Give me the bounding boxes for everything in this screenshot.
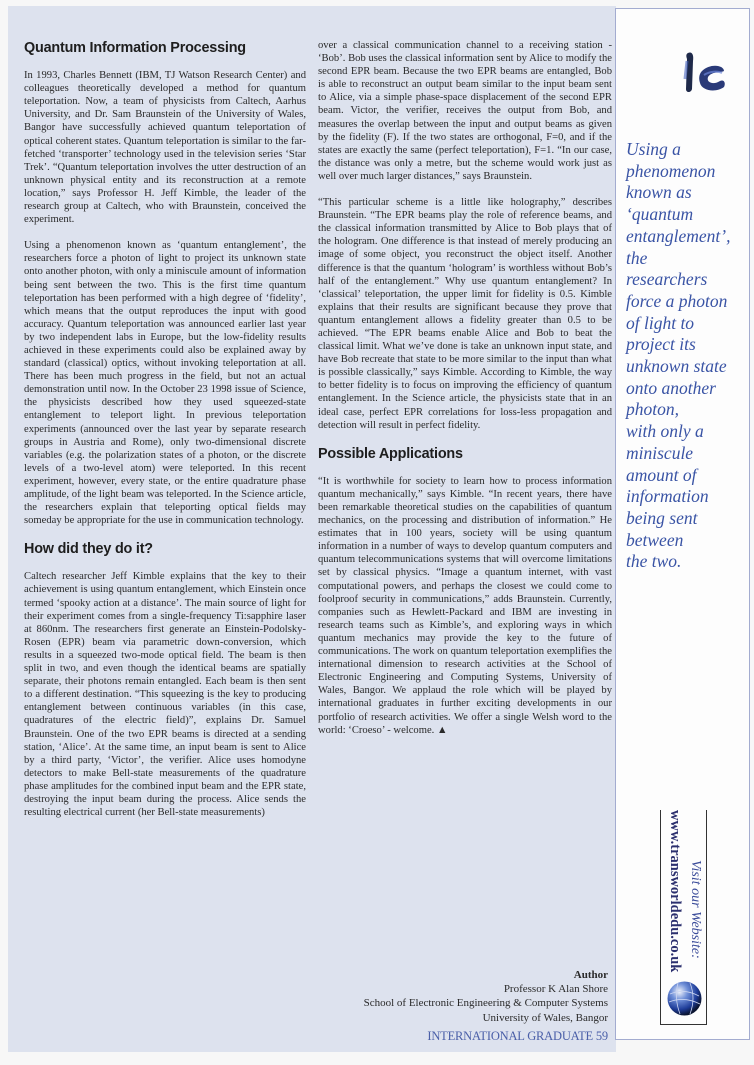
pullquote: Using a phenomenon known as ‘quantum ent…: [626, 139, 748, 573]
pullquote-line: between: [626, 530, 748, 552]
author-name: Professor K Alan Shore: [364, 982, 608, 996]
pullquote-line: force a photon: [626, 291, 748, 313]
applications-paragraph-1: “It is worthwhile for society to learn h…: [318, 475, 612, 737]
pullquote-line: photon,: [626, 399, 748, 421]
middle-column: over a classical communication channel t…: [318, 39, 612, 750]
author-institution: University of Wales, Bangor: [364, 1011, 608, 1025]
pullquote-line: miniscule: [626, 443, 748, 465]
pullquote-line: the two.: [626, 551, 748, 573]
pullquote-line: project its: [626, 334, 748, 356]
pullquote-line: amount of: [626, 465, 748, 487]
pullquote-line: the: [626, 248, 748, 270]
author-credit: Author Professor K Alan Shore School of …: [364, 968, 608, 1025]
pullquote-line: known as: [626, 182, 748, 204]
globe-icon: [666, 980, 703, 1017]
page-folio: INTERNATIONAL GRADUATE 59: [427, 1029, 608, 1044]
pullquote-line: ‘quantum: [626, 204, 748, 226]
left-column: Quantum Information Processing In 1993, …: [24, 42, 306, 819]
article-title: Quantum Information Processing: [24, 42, 306, 55]
article-page: Quantum Information Processing In 1993, …: [8, 6, 616, 1052]
pullquote-line: onto another: [626, 378, 748, 400]
pullquote-line: Using a: [626, 139, 748, 161]
pullquote-line: unknown state: [626, 356, 748, 378]
pullquote-line: phenomenon: [626, 161, 748, 183]
pullquote-line: entanglement’,: [626, 226, 748, 248]
website-promo[interactable]: Visit our Website: www.transworldedu.co.…: [660, 810, 707, 1025]
sidebar-panel: Using a phenomenon known as ‘quantum ent…: [615, 8, 750, 1040]
pullquote-line: information: [626, 486, 748, 508]
pullquote-line: with only a: [626, 421, 748, 443]
how-paragraph-3: “This particular scheme is a little like…: [318, 196, 612, 432]
section-heading-how: How did they do it?: [24, 543, 306, 556]
how-paragraph-1: Caltech researcher Jeff Kimble explains …: [24, 570, 306, 819]
pullquote-line: researchers: [626, 269, 748, 291]
intro-paragraph-2: Using a phenomenon known as ‘quantum ent…: [24, 239, 306, 527]
author-department: School of Electronic Engineering & Compu…: [364, 996, 608, 1010]
pullquote-line: being sent: [626, 508, 748, 530]
ig-brush-logo-icon: [680, 49, 730, 99]
author-label: Author: [364, 968, 608, 982]
section-heading-applications: Possible Applications: [318, 448, 612, 461]
visit-website-label: Visit our Website:: [685, 860, 705, 959]
how-paragraph-2: over a classical communication channel t…: [318, 39, 612, 183]
website-url-link[interactable]: www.transworldedu.co.uk: [665, 810, 685, 972]
intro-paragraph-1: In 1993, Charles Bennett (IBM, TJ Watson…: [24, 69, 306, 226]
pullquote-line: of light to: [626, 313, 748, 335]
